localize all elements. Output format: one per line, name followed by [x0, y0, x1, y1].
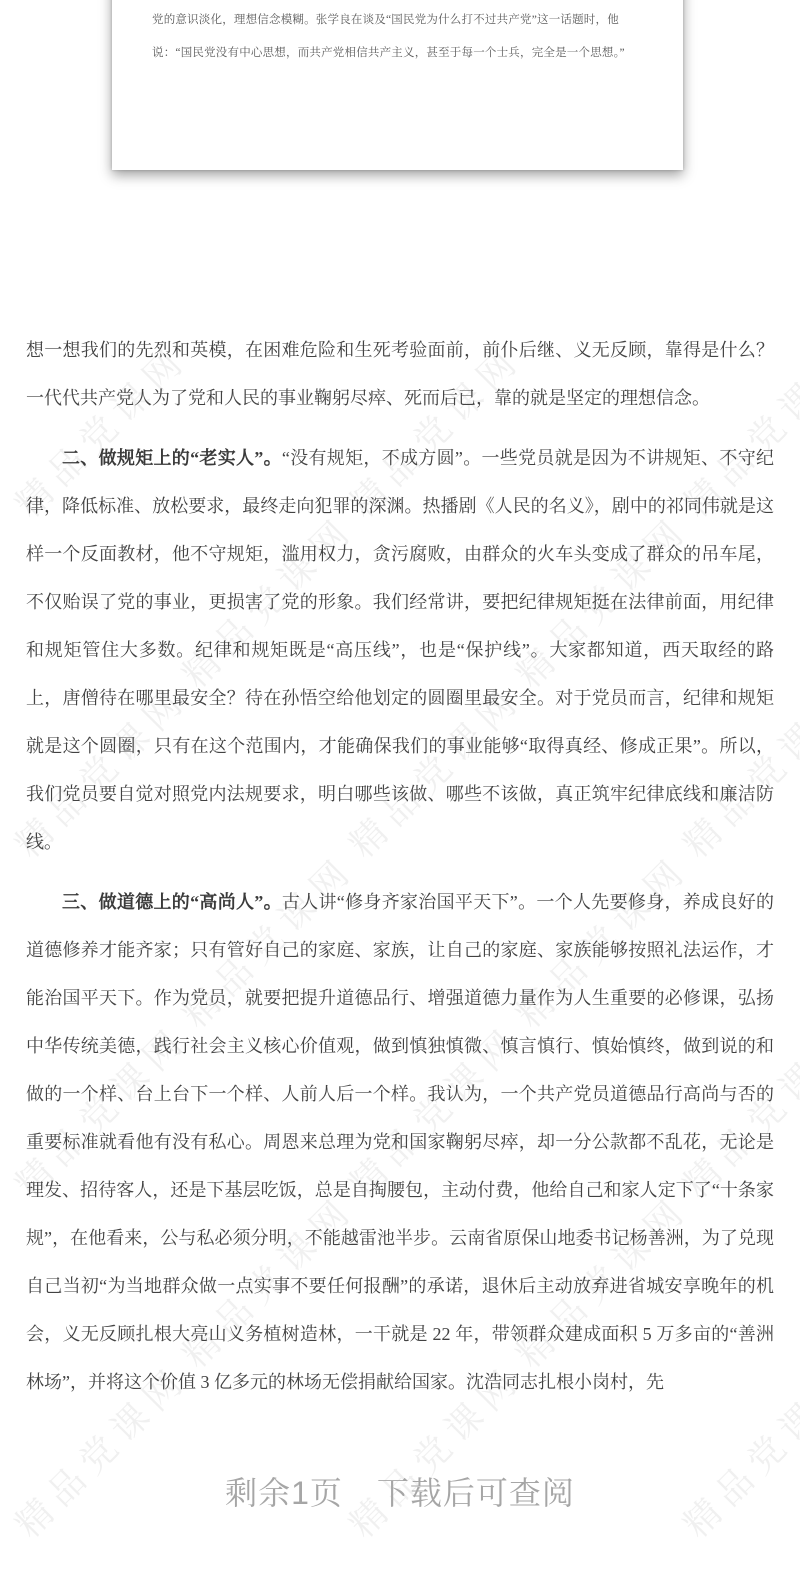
download-hint: 下载后可查阅 — [377, 1475, 575, 1511]
preview-text-line: 说：“国民党没有中心思想，而共产党相信共产主义，甚至于每一个士兵，完全是一个思想… — [152, 37, 653, 70]
remaining-pages-notice: 剩余1页下载后可查阅 — [0, 1468, 800, 1514]
paragraph-text: “没有规矩，不成方圆”。一些党员就是因为不讲规矩、不守纪律，降低标准、放松要求，… — [26, 448, 774, 852]
paragraph-text: 古人讲“修身齐家治国平天下”。一个人先要修身，养成良好的道德修养才能齐家；只有管… — [26, 892, 774, 1392]
paragraph: 二、做规矩上的“老实人”。“没有规矩，不成方圆”。一些党员就是因为不讲规矩、不守… — [26, 434, 774, 866]
remaining-pages-count: 剩余1页 — [225, 1475, 343, 1511]
page-preview-card: 党的意识淡化，理想信念模糊。张学良在谈及“国民党为什么打不过共产党”这一话题时，… — [112, 0, 683, 170]
section-heading: 二、做规矩上的“老实人”。 — [62, 448, 282, 468]
paragraph-text: 想一想我们的先烈和英模，在困难危险和生死考验面前，前仆后继、义无反顾，靠得是什么… — [26, 340, 774, 408]
document-body: 想一想我们的先烈和英模，在困难危险和生死考验面前，前仆后继、义无反顾，靠得是什么… — [26, 326, 774, 1406]
paragraph: 想一想我们的先烈和英模，在困难危险和生死考验面前，前仆后继、义无反顾，靠得是什么… — [26, 326, 774, 422]
preview-text-line: 党的意识淡化，理想信念模糊。张学良在谈及“国民党为什么打不过共产党”这一话题时，… — [152, 4, 653, 37]
section-heading: 三、做道德上的“高尚人”。 — [62, 892, 282, 912]
paragraph: 三、做道德上的“高尚人”。古人讲“修身齐家治国平天下”。一个人先要修身，养成良好… — [26, 878, 774, 1406]
